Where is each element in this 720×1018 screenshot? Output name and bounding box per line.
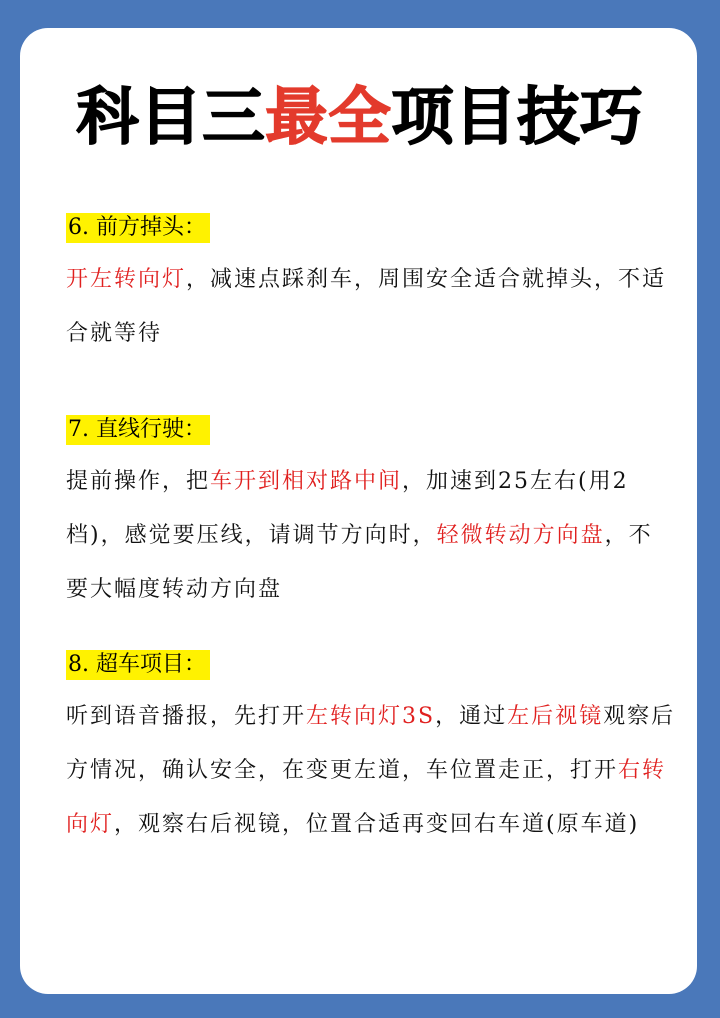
page-title: 科目三最全项目技巧: [0, 82, 720, 152]
section-heading: 6. 前方掉头：: [66, 213, 210, 243]
body-text: 提前操作，把: [66, 469, 210, 494]
red-text: 开左转向灯: [66, 267, 186, 292]
red-text: 车开到相对路中间: [210, 469, 402, 494]
body-text: 听到语音播报，先打开: [66, 704, 306, 729]
section-straight-driving: 7. 直线行驶： 提前操作，把车开到相对路中间，加速到25左右(用2档)，感觉要…: [66, 415, 676, 617]
section-overtaking: 8. 超车项目： 听到语音播报，先打开左转向灯3S，通过左后视镜观察后方情况，确…: [66, 650, 676, 852]
title-part2: 项目技巧: [392, 80, 644, 153]
red-text: 轻微转动方向盘: [437, 523, 605, 548]
section-u-turn: 6. 前方掉头： 开左转向灯，减速点踩刹车，周围安全适合就掉头，不适合就等待: [66, 213, 676, 361]
red-text: 左后视镜: [507, 704, 603, 729]
section-body: 听到语音播报，先打开左转向灯3S，通过左后视镜观察后方情况，确认安全，在变更左道…: [66, 690, 676, 852]
title-part1: 科目三: [76, 80, 265, 153]
title-highlight: 最全: [265, 80, 391, 153]
section-heading: 7. 直线行驶：: [66, 415, 210, 445]
body-text: ，通过: [435, 704, 507, 729]
section-heading: 8. 超车项目：: [66, 650, 210, 680]
body-text: ，观察右后视镜，位置合适再变回右车道(原车道): [114, 812, 639, 837]
section-body: 提前操作，把车开到相对路中间，加速到25左右(用2档)，感觉要压线，请调节方向时…: [66, 455, 676, 617]
section-body: 开左转向灯，减速点踩刹车，周围安全适合就掉头，不适合就等待: [66, 253, 676, 361]
red-text: 左转向灯3S: [306, 704, 435, 729]
